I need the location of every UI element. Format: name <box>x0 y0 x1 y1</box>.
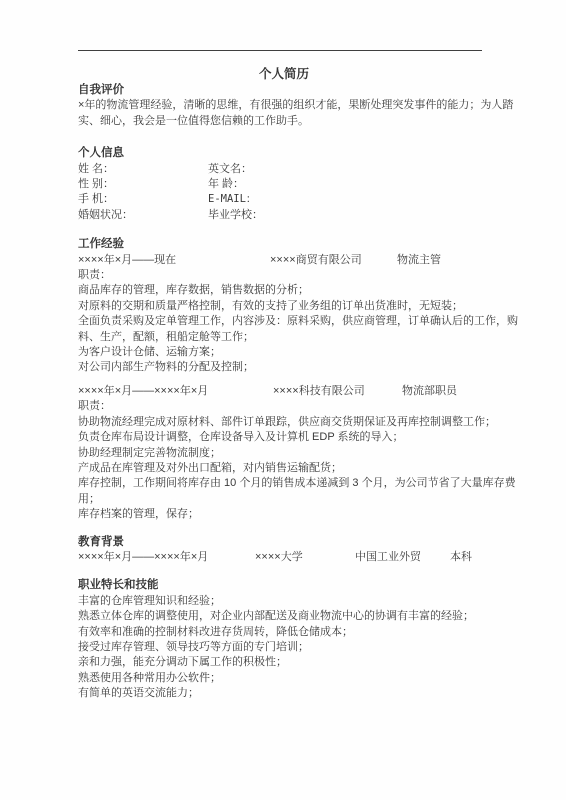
job-company: ××××商贸有限公司 <box>270 253 362 268</box>
info-label-name: 姓 名： <box>78 162 208 177</box>
job-duty-line: 全面负责采购及定单管理工作，内容涉及：原料采购，供应商管理，订单确认后的工作，购 <box>78 314 490 329</box>
job-duty-line: 协助经理制定完善物流制度； <box>78 446 490 461</box>
info-label-gender: 性 别： <box>78 177 208 192</box>
self-evaluation-line: 实、细心，我会是一位值得您信赖的工作助手。 <box>78 114 490 129</box>
job-duty-line: 产成品在库管理及对外出口配箱，对内销售运输配货； <box>78 461 490 476</box>
education-degree: 本科 <box>450 550 472 565</box>
resume-content: 个人简历 自我评价 ×年的物流管理经验，清晰的思维，有很强的组织才能，果断处理突… <box>78 66 490 702</box>
info-label-email: E-MAIL： <box>208 192 256 207</box>
job-duty-label: 职责： <box>78 399 490 414</box>
self-evaluation-heading: 自我评价 <box>78 83 490 98</box>
job-title: 物流部职员 <box>402 384 457 399</box>
education-period: ××××年×月——××××年×月 <box>78 550 208 565</box>
job-duty-line: 料、生产，配额，租船定舱等工作； <box>78 330 490 345</box>
job-duty-line: 协助物流经理完成对原材料、部件订单跟踪，供应商交货期保证及再库控制调整工作； <box>78 415 490 430</box>
section-education: 教育背景 ××××年×月——××××年×月 ××××大学 中国工业外贸 本科 <box>78 535 490 566</box>
job-title: 物流主管 <box>397 253 441 268</box>
info-label-mobile: 手 机： <box>78 192 208 207</box>
job-duty-line: 对公司内部生产物料的分配及控制； <box>78 360 490 375</box>
skill-line: 亲和力强，能充分调动下属工作的积极性； <box>78 655 490 670</box>
skill-line: 有简单的英语交流能力； <box>78 686 490 701</box>
skill-line: 熟悉使用各种常用办公软件； <box>78 671 490 686</box>
personal-info-row: 性 别： 年 龄： <box>78 177 490 192</box>
info-label-graduate-school: 毕业学校： <box>208 208 263 223</box>
job-duty-line: 库存控制，工作期间将库存由 10 个月的销售成本递减到 3 个月，为公司节省了大… <box>78 476 490 491</box>
job-duty-line: 对原料的交期和质量严格控制，有效的支持了业务组的订单出货准时，无短装； <box>78 299 490 314</box>
job-duty-line: 负责仓库布局设计调整，仓库设备导入及计算机 EDP 系统的导入； <box>78 430 490 445</box>
page-top-rule <box>78 50 482 51</box>
job-header: ××××年×月——现在 ××××商贸有限公司 物流主管 <box>78 253 490 268</box>
skills-heading: 职业特长和技能 <box>78 578 490 593</box>
education-school: ××××大学 <box>255 550 303 565</box>
job-duty-line: 商品库存的管理，库存数据，销售数据的分析； <box>78 283 490 298</box>
job-duty-label: 职责： <box>78 268 490 283</box>
skill-line: 丰富的仓库管理知识和经验； <box>78 594 490 609</box>
resume-page: 个人简历 自我评价 ×年的物流管理经验，清晰的思维，有很强的组织才能，果断处理突… <box>0 0 566 800</box>
skill-line: 熟悉立体仓库的调整使用，对企业内部配送及商业物流中心的协调有丰富的经验； <box>78 609 490 624</box>
self-evaluation-line: ×年的物流管理经验，清晰的思维，有很强的组织才能，果断处理突发事件的能力；为人踏 <box>78 98 490 113</box>
job-period: ××××年×月——现在 <box>78 253 176 268</box>
education-major: 中国工业外贸 <box>355 550 421 565</box>
section-self-evaluation: 自我评价 ×年的物流管理经验，清晰的思维，有很强的组织才能，果断处理突发事件的能… <box>78 83 490 129</box>
skill-line: 接受过库存管理、领导技巧等方面的专门培训； <box>78 640 490 655</box>
personal-info-row: 手 机： E-MAIL： <box>78 192 490 207</box>
job-period: ××××年×月——××××年×月 <box>78 384 208 399</box>
job-company: ××××科技有限公司 <box>273 384 365 399</box>
education-entry: ××××年×月——××××年×月 ××××大学 中国工业外贸 本科 <box>78 550 490 565</box>
section-personal-info: 个人信息 姓 名： 英文名： 性 别： 年 龄： 手 机： E-MAIL： 婚姻… <box>78 146 490 223</box>
personal-info-row: 婚姻状况： 毕业学校： <box>78 208 490 223</box>
personal-info-row: 姓 名： 英文名： <box>78 162 490 177</box>
skill-line: 有效率和准确的控制材料改进存货周转，降低仓储成本； <box>78 625 490 640</box>
info-label-age: 年 龄： <box>208 177 244 192</box>
section-work-experience: 工作经验 ××××年×月——现在 ××××商贸有限公司 物流主管 职责： 商品库… <box>78 237 490 522</box>
info-label-english-name: 英文名： <box>208 162 252 177</box>
section-skills: 职业特长和技能 丰富的仓库管理知识和经验； 熟悉立体仓库的调整使用，对企业内部配… <box>78 578 490 701</box>
job-header: ××××年×月——××××年×月 ××××科技有限公司 物流部职员 <box>78 384 490 399</box>
work-experience-heading: 工作经验 <box>78 237 490 252</box>
education-heading: 教育背景 <box>78 535 490 550</box>
job-duty-line: 用； <box>78 492 490 507</box>
job-duty-line: 为客户设计仓储、运输方案； <box>78 345 490 360</box>
info-label-marital-status: 婚姻状况： <box>78 208 208 223</box>
job-duty-line: 库存档案的管理，保存； <box>78 507 490 522</box>
resume-title: 个人简历 <box>78 66 490 82</box>
personal-info-heading: 个人信息 <box>78 146 490 161</box>
